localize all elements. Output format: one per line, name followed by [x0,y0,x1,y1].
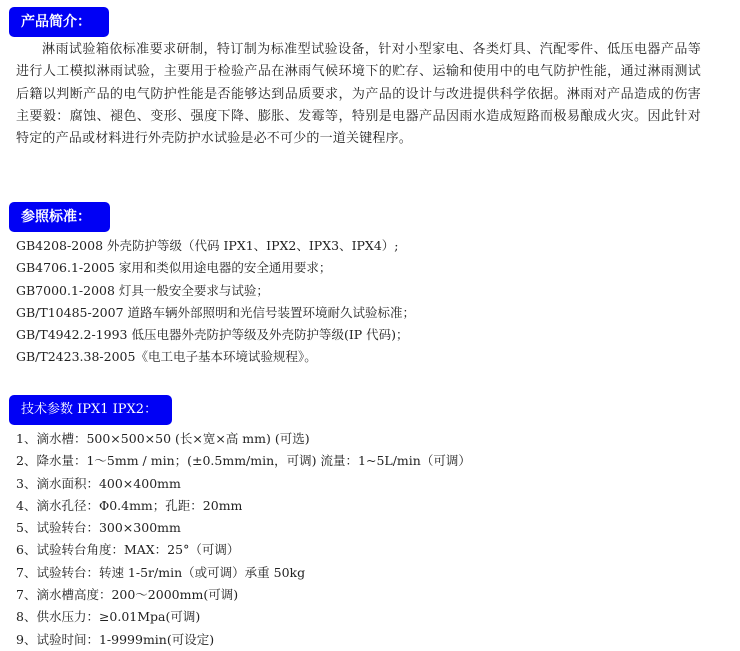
section-heading-reference-standards: 参照标准： [9,202,110,232]
technical-specs-list: 1、滴水槽：500×500×50 (长×宽×高 mm) (可选) 2、降水量：1… [16,428,471,651]
standard-item: GB/T4942.2-1993 低压电器外壳防护等级及外壳防护等级(IP 代码)… [16,324,415,346]
product-intro-paragraph: 淋雨试验箱依标准要求研制，特订制为标准型试验设备，针对小型家电、各类灯具、汽配零… [16,39,701,150]
standard-item: GB4706.1-2005 家用和类似用途电器的安全通用要求； [16,257,415,279]
section-heading-technical-specs: 技术参数 IPX1 IPX2： [9,395,172,425]
spec-item: 7、滴水槽高度：200～2000mm(可调) [16,584,471,606]
standard-item: GB7000.1-2008 灯具一般安全要求与试验； [16,280,415,302]
standard-item: GB/T10485-2007 道路车辆外部照明和光信号装置环境耐久试验标准； [16,302,415,324]
section-heading-product-intro: 产品简介： [9,7,109,37]
spec-item: 6、试验转台角度：MAX：25°（可调） [16,539,471,561]
standard-item: GB/T2423.38-2005《电工电子基本环境试验规程》。 [16,346,415,368]
spec-item: 4、滴水孔径：Φ0.4mm；孔距：20mm [16,495,471,517]
spec-item: 9、试验时间：1-9999min(可设定) [16,629,471,651]
spec-item: 1、滴水槽：500×500×50 (长×宽×高 mm) (可选) [16,428,471,450]
spec-item: 5、试验转台：300×300mm [16,517,471,539]
spec-item: 8、供水压力：≥0.01Mpa(可调) [16,606,471,628]
reference-standards-list: GB4208-2008 外壳防护等级（代码 IPX1、IPX2、IPX3、IPX… [16,235,415,369]
standard-item: GB4208-2008 外壳防护等级（代码 IPX1、IPX2、IPX3、IPX… [16,235,415,257]
spec-item: 2、降水量：1～5mm / min；(±0.5mm/min，可调) 流量：1~5… [16,450,471,472]
spec-item: 7、试验转台：转速 1-5r/min（或可调）承重 50kg [16,562,471,584]
spec-item: 3、滴水面积：400×400mm [16,473,471,495]
